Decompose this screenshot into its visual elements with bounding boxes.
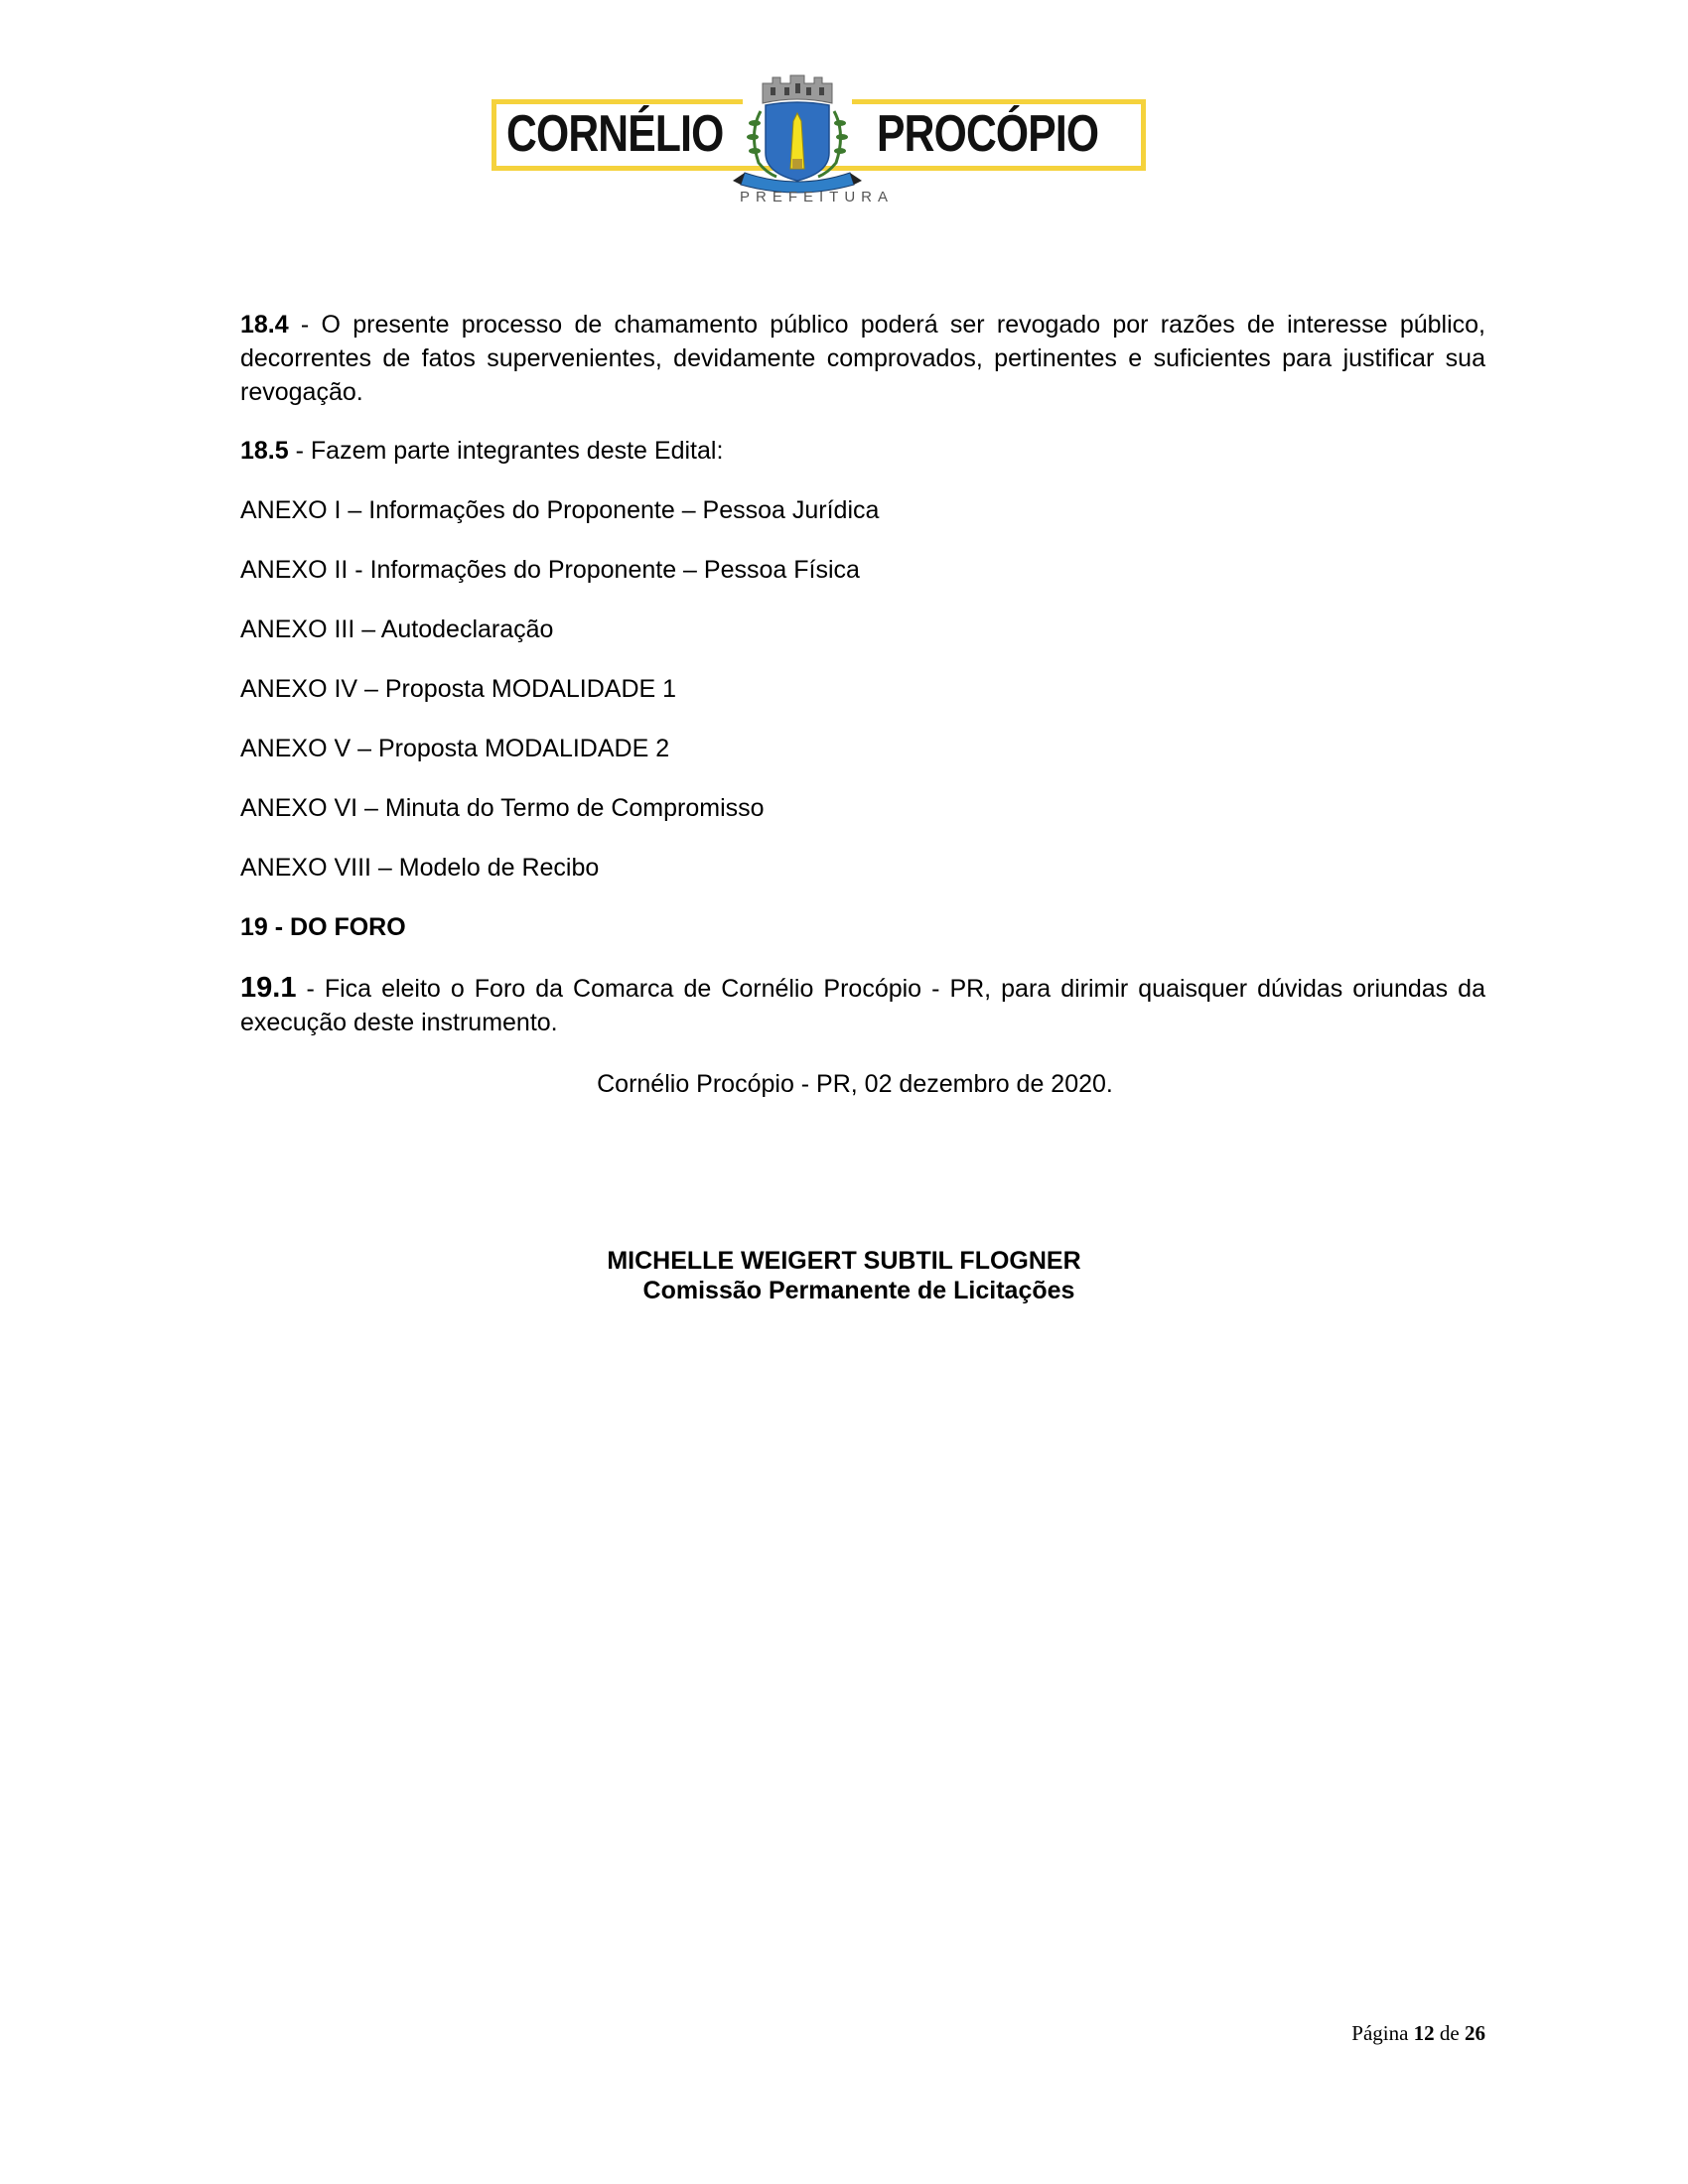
annex-item: ANEXO V – Proposta MODALIDADE 2 xyxy=(240,732,1485,765)
clause-number: 18.4 xyxy=(240,311,289,339)
annex-item: ANEXO VIII – Modelo de Recibo xyxy=(240,851,1485,885)
clause-text: - O presente processo de chamamento públ… xyxy=(240,311,1485,406)
clause-text: - Fica eleito o Foro da Comarca de Corné… xyxy=(240,975,1485,1036)
annex-item: ANEXO VI – Minuta do Termo de Compromiss… xyxy=(240,791,1485,825)
of-label: de xyxy=(1440,2021,1460,2045)
clause-number: 18.5 xyxy=(240,437,289,465)
signatory-name: MICHELLE WEIGERT SUBTIL FLOGNER xyxy=(496,1246,1192,1276)
clause-18-5: 18.5 - Fazem parte integrantes deste Edi… xyxy=(240,434,1485,468)
page-label: Página xyxy=(1351,2021,1408,2045)
clause-text: - Fazem parte integrantes deste Edital: xyxy=(289,437,724,465)
clause-19-1: 19.1 - Fica eleito o Foro da Comarca de … xyxy=(240,971,1485,1039)
date-line: Cornélio Procópio - PR, 02 dezembro de 2… xyxy=(240,1067,1470,1101)
logo-subtitle: PREFEITURA xyxy=(487,189,1147,205)
prefeitura-logo: CORNÉLIO PROCÓPIO xyxy=(487,73,1147,212)
section-heading-19: 19 - DO FORO xyxy=(240,910,1485,944)
clause-number: 19.1 xyxy=(240,972,296,1004)
logo-word-right: PROCÓPIO xyxy=(877,104,1098,164)
annex-item: ANEXO III – Autodeclaração xyxy=(240,613,1485,646)
annex-item: ANEXO II - Informações do Proponente – P… xyxy=(240,553,1485,587)
page-total: 26 xyxy=(1465,2021,1485,2045)
document-page: CORNÉLIO PROCÓPIO xyxy=(0,0,1688,2184)
signatory-role: Comissão Permanente de Licitações xyxy=(511,1276,1206,1305)
clause-18-4: 18.4 - O presente processo de chamamento… xyxy=(240,308,1485,409)
annex-item: ANEXO I – Informações do Proponente – Pe… xyxy=(240,493,1485,527)
page-number: Página 12 de 26 xyxy=(1351,2021,1485,2046)
page-current: 12 xyxy=(1414,2021,1435,2045)
coat-of-arms-icon xyxy=(723,73,872,198)
annex-item: ANEXO IV – Proposta MODALIDADE 1 xyxy=(240,672,1485,706)
logo-word-left: CORNÉLIO xyxy=(506,104,723,164)
